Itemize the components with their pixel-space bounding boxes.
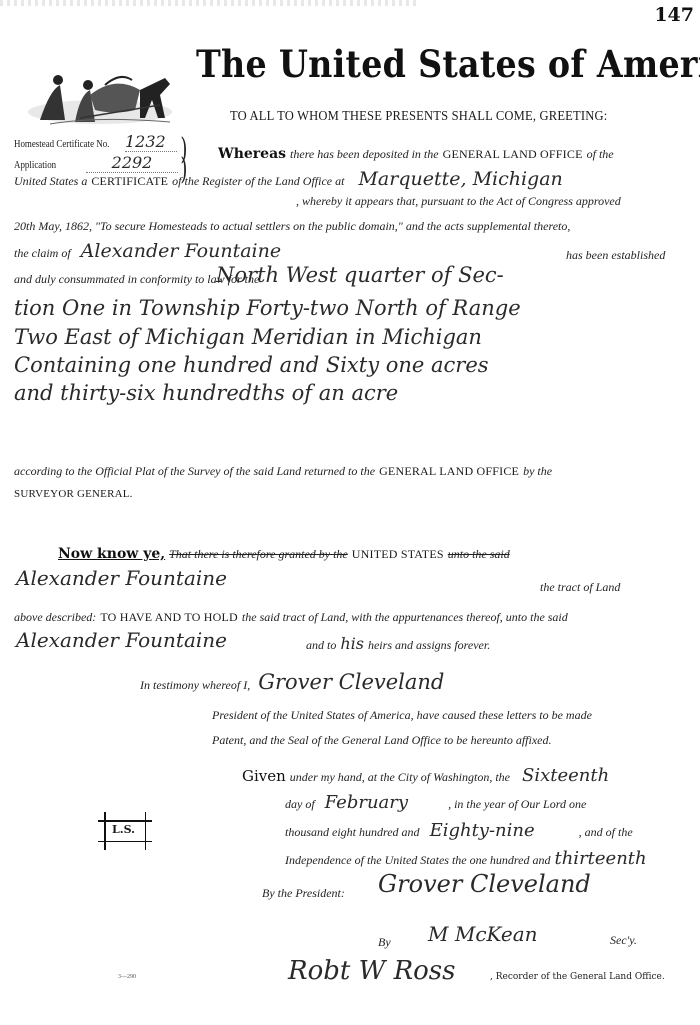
land-description-line-3: Two East of Michigan Meridian in Michiga… <box>14 325 482 349</box>
given-month: February <box>325 792 408 813</box>
land-office-location: Marquette, Michigan <box>358 168 562 190</box>
tract-of-land-text: the tract of Land <box>540 580 620 595</box>
seal-label: L.S. <box>112 823 135 836</box>
given-year: Eighty-nine <box>430 820 535 841</box>
year-line: thousand eight hundred and Eighty-nine ,… <box>285 820 633 841</box>
land-description-line-1: North West quarter of Sec- <box>216 263 504 287</box>
recorder-title: , Recorder of the General Land Office. <box>490 972 665 982</box>
secretary-title: Sec'y. <box>610 933 637 948</box>
given-line: Given under my hand, at the City of Wash… <box>242 765 609 786</box>
claim-line: the claim of Alexander Fountaine <box>14 240 281 262</box>
claimant-name: Alexander Fountaine <box>81 240 281 262</box>
surveyor-general: SURVEYOR GENERAL. <box>14 488 133 500</box>
president-signature: Grover Cleveland <box>378 870 591 898</box>
recorder-signature: Robt W Ross <box>288 956 456 986</box>
plat-line: according to the Official Plat of the Su… <box>14 462 552 480</box>
whereas-heading: Whereas <box>218 146 286 162</box>
homestead-cert-label: Homestead Certificate No. <box>14 139 109 150</box>
secretary-signature: M McKean <box>428 922 538 946</box>
testimony-line: In testimony whereof I, Grover Cleveland <box>140 670 444 694</box>
president-name: Grover Cleveland <box>258 670 444 694</box>
scan-noise <box>0 0 420 6</box>
whereas-line: Whereas there has been deposited in the … <box>218 145 614 163</box>
independence-year: thirteenth <box>554 848 646 869</box>
land-description-line-5: and thirty-six hundredths of an acre <box>14 381 398 405</box>
document-title: The United States of America, <box>196 42 700 86</box>
by-the-president: By the President: <box>262 886 345 901</box>
homestead-cert-number: 1232 <box>125 132 177 152</box>
certificate-line: United States a CERTIFICATE of the Regis… <box>14 168 563 190</box>
land-description-line-4: Containing one hundred and Sixty one acr… <box>14 353 489 377</box>
farm-vignette-illustration <box>20 50 180 130</box>
testimony-line-3: Patent, and the Seal of the General Land… <box>212 733 551 748</box>
now-know-ye-heading: Now know ye, <box>58 546 165 562</box>
established-text: has been established <box>566 248 665 263</box>
act-line: , whereby it appears that, pursuant to t… <box>296 194 621 209</box>
land-description-line-2: tion One in Township Forty-two North of … <box>14 296 521 320</box>
given-day: Sixteenth <box>522 765 609 786</box>
greeting-line: TO ALL TO WHOM THESE PRESENTS SHALL COME… <box>230 108 607 124</box>
form-number: 3—290 <box>118 974 136 980</box>
now-know-ye-line: Now know ye, That there is therefore gra… <box>58 545 510 563</box>
month-line: day of February , in the year of Our Lor… <box>285 792 586 813</box>
seal-placeholder: L.S. <box>104 820 146 842</box>
testimony-line-2: President of the United States of Americ… <box>212 708 592 723</box>
glo-text: GENERAL LAND OFFICE <box>443 147 583 161</box>
homestead-act-line: 20th May, 1862, "To secure Homesteads to… <box>14 219 570 234</box>
independence-line: Independence of the United States the on… <box>285 848 647 869</box>
by-text: By <box>378 935 391 950</box>
page-number: 147 <box>654 4 694 26</box>
grantee-name-1: Alexander Fountaine <box>16 566 227 590</box>
heirs-line: and to his heirs and assigns forever. <box>306 634 490 654</box>
grantee-name-2: Alexander Fountaine <box>16 628 227 652</box>
habendum-line: above described: TO HAVE AND TO HOLD the… <box>14 608 568 626</box>
